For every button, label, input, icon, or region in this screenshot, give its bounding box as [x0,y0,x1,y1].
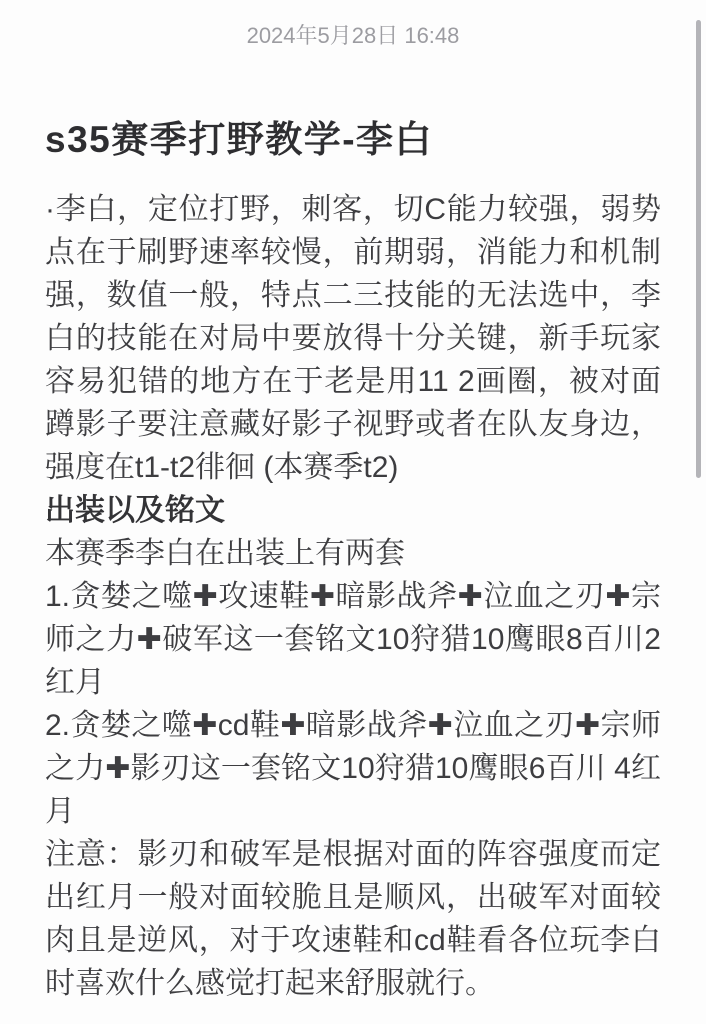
note-body: ·李白，定位打野，刺客，切C能力较强，弱势点在于刷野速率较慢，前期弱，消能力和机… [45,188,661,1005]
build-option-2: 2.贪婪之噬✚cd鞋✚暗影战斧✚泣血之刃✚宗师之力✚影刃这一套铭文10狩猎10鹰… [45,704,661,833]
scrollbar-thumb[interactable] [696,20,701,478]
note-timestamp: 2024年5月28日 16:48 [0,0,706,51]
builds-intro: 本赛季李白在出装上有两套 [45,532,661,575]
build-note: 注意：影刃和破军是根据对面的阵容强度而定出红月一般对面较脆且是顺风，出破军对面较… [45,833,661,1005]
build-option-1: 1.贪婪之噬✚攻速鞋✚暗影战斧✚泣血之刃✚宗师之力✚破军这一套铭文10狩猎10鹰… [45,575,661,704]
note-content: s35赛季打野教学-李白 ·李白，定位打野，刺客，切C能力较强，弱势点在于刷野速… [0,117,706,1005]
hero-overview: ·李白，定位打野，刺客，切C能力较强，弱势点在于刷野速率较慢，前期弱，消能力和机… [45,188,661,489]
section-heading-builds: 出装以及铭文 [45,489,661,532]
notes-app-page: 2024年5月28日 16:48 s35赛季打野教学-李白 ·李白，定位打野，刺… [0,0,706,1024]
note-title: s35赛季打野教学-李白 [45,117,661,163]
